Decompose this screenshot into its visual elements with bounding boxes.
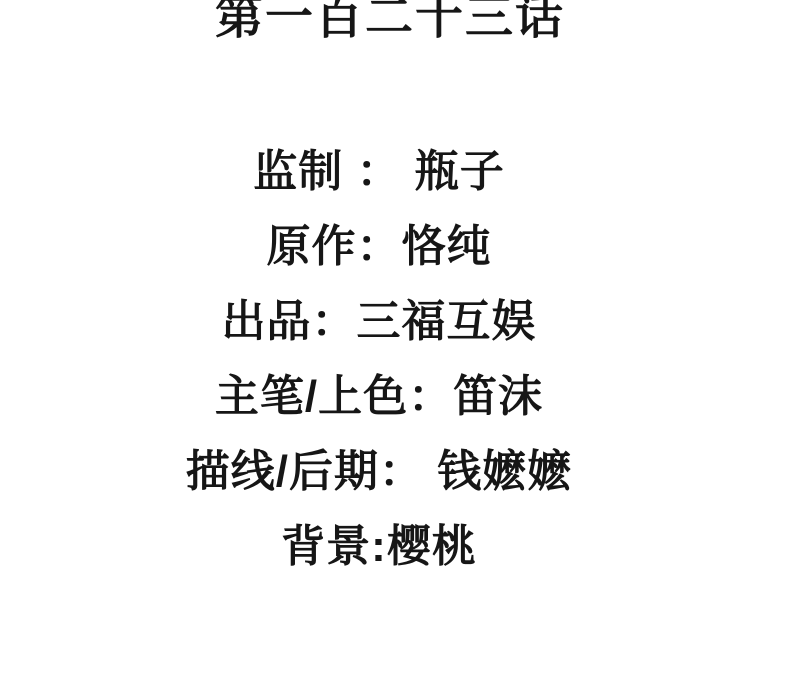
credits-block: 监制 ： 瓶子 原作：恪纯 出品：三福互娱 主笔/上色：笛沫 描线/后期： 钱嬷…	[0, 148, 758, 598]
credit-line-lineart-postproduction: 描线/后期： 钱嬷嬷	[0, 448, 758, 523]
credits-page: 第一百二十三话 监制 ： 瓶子 原作：恪纯 出品：三福互娱 主笔/上色：笛沫 描…	[0, 0, 800, 675]
credit-line-supervisor: 监制 ： 瓶子	[0, 148, 758, 223]
credit-line-background: 背景:樱桃	[0, 523, 758, 598]
credit-line-artist-colorist: 主笔/上色：笛沫	[0, 373, 758, 448]
credit-line-producer: 出品：三福互娱	[0, 298, 758, 373]
credit-line-original-author: 原作：恪纯	[0, 223, 758, 298]
chapter-title: 第一百二十三话	[0, 0, 780, 43]
